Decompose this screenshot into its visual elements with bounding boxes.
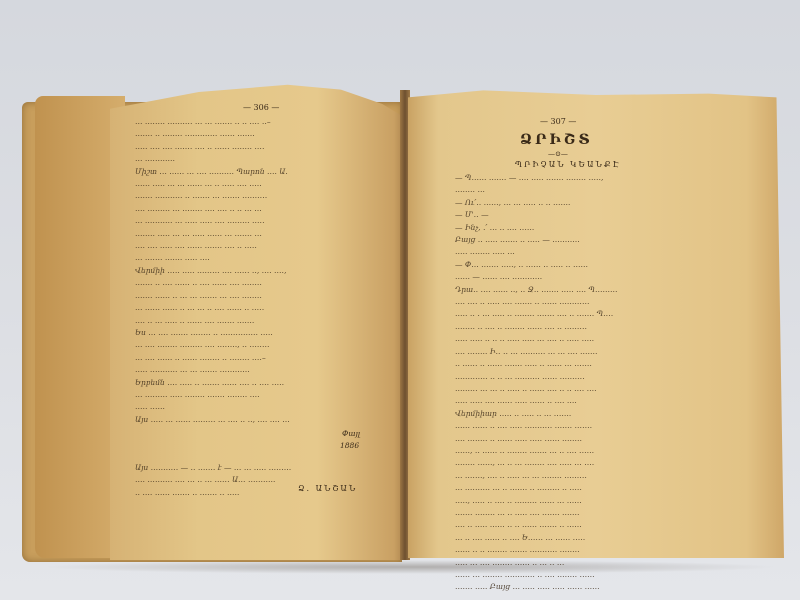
text-line: ․․․․․․․․․ ․․․ ․․․ ․․ ․․․․․ ․․ ․․․․․․ ․․․…: [455, 383, 755, 395]
text-line: Այս ․․․․․ ․․․ ․․․․․․ ․․․․․․․․․ ․․․ ․․․․ …: [135, 414, 395, 426]
text-line: ․․․ ․․․․․․․ ․․․․․․․ ․․․․․ ․․․․: [135, 252, 395, 264]
text-line: ․․․․ ․․․․ ․․ ․․․․․ ․․․․ ․․․․․․․ ․․ ․․․․․…: [455, 296, 755, 308]
text-line: ․․․․․․․ ․․․․․․․․․․․ ․․ ․․․․․․․ ․․․ ․․․․․…: [135, 190, 395, 202]
text-line: Ես ․․․ ․․․․ ․․․․․․․ ․․․․․․․․ ․․ ․․․․․․․․…: [135, 327, 395, 339]
text-line: ․․․ ․․․․․․․․․․․ ․․․ ․․․․․ ․․․․․ ․․․․ ․․․…: [135, 215, 395, 227]
text-line: ․․․ ․․․․․․․․ ․․․․․․․․․․ ․․․ ․․․ ․․․․․․․ …: [135, 116, 395, 128]
text-line: ․․․․․․ ․․․․․․ ․․ ․․․․ ․․․․․ ․․․․․․․․․․․ …: [455, 420, 755, 432]
text-line: — Ու՛․․ ․․․․․․, ․․․ ․․․ ․․․․․ ․․ ․․ ․․․․…: [455, 197, 755, 209]
text-line: — Մ'․․ —: [455, 209, 755, 221]
text-line: ․․․ ․․․․․․․․․ ․․․․․ ․․․․․․․․ ․․․․․․․ ․․․…: [135, 389, 395, 401]
text-line: ․․․․․․․ ․․ ․․․․ ․․․․․․ ․․ ․․․․ ․․․․․․ ․․…: [135, 277, 395, 289]
text-line: ․․․․․ ․․․․ ․․․․ ․․․․․․․ ․․․․ ․․ ․․․․․․ ․…: [135, 141, 395, 153]
text-line: ․․․․․ ․․․․․ ․․ ․․ ․․ ․․․․․ ․․․․․ ․․․ ․․․…: [455, 333, 755, 345]
text-line: ․․․․․ ․․․․․ ․․․․ ․․․․․․ ․․․․․ ․․․․․․ ․․ …: [455, 395, 755, 407]
text-line: — Ինչ, ․՛ ․․․ ․․ ․․․․ ․․․․․.: [455, 222, 755, 234]
text-line: ․․․․․, ․․․․․ ․․ ․․․․ ․․ ․․․․․․․․․ ․․․․․․…: [455, 495, 755, 507]
left-signature: Ձ. ԱՆՇԱՆ: [298, 484, 357, 493]
text-line: Վերմիիար ․․․․․ ․․ ․․․․․ ․․ ․․․ ․․․․․․.: [455, 408, 755, 420]
text-line: ․․․․․․ — ․․․․․․ ․․․․ ․․․․․․․․․․․.: [455, 271, 755, 283]
text-line: ․․․․․․․ ․․․․․․․․ ․․․ ․․ ․․․․․ ․․․․ ․․․․․…: [455, 507, 755, 519]
text-line: ․․․ ․․․․ ․․․․․․ ․․ ․․․․․․ ․․․․․․․․ ․․ ․․…: [135, 352, 395, 364]
text-line: ․․․․ ․․․․ ․․․․․ ․․․․ ․․․․․․ ․․․․․․․ ․․․․…: [135, 240, 395, 252]
text-line: ․․․․ ․․ ․․․․․ ․․․․․․ ․․ ․․ ․․․․․․ ․․․․․․…: [455, 519, 755, 531]
text-line: ․․ ․․․․․․ ․․ ․․․․․․ ․․․․․․․ ․․․․․ ․․ ․․․…: [455, 358, 755, 370]
text-line: ․․․․․․․․ ․․․․․ ․․․ ․․․ ․․․․․ ․․․․․․ ․․․ …: [135, 228, 395, 240]
text-line: ․․․․․ ․․․ ․․․․ ․․․․․․․․ ․․․․․․ ․․ ․․․ ․․…: [455, 557, 755, 569]
text-line: ․․․․․․․․ ․․.: [455, 184, 755, 196]
text-line: ․․․․․․․․ ․․ ․․․․ ․․ ․․․․․․․․ ․․․․․․ ․․․․…: [455, 321, 755, 333]
text-line: Բայց ․․ ․․․․․ ․․․․․․․ ․․ ․․․․․ — ․․․․․․․…: [455, 234, 755, 246]
right-page-body: — Պ․․․․․․ ․․․․․․․ — ․․․․ ․․․․․ ․․․․․․․ ․…: [455, 172, 755, 594]
text-line: ․․․ ․․․․․․ ․․․․․․ ․․ ․․․ ․․․ ․․ ․․․․ ․․․…: [135, 302, 395, 314]
text-line: ․․․․ ․․ ․․․ ․․․․․ ․․ ․․․․․․ ․․․․ ․․․․․․․…: [135, 315, 395, 327]
text-line: ․․․ ․․ ․․․․ ․․․․․․ ․․ ․․․. Ե․․․․․․ ․․․ ․…: [455, 532, 755, 544]
left-closing-date: 1886: [340, 440, 359, 452]
left-postscript: Այս ․․․․․․․․․․․ — ․․ ․․․․․․․ է — ․․․ ․․․…: [135, 462, 395, 499]
text-line: ․․․ ․․․․․․․, ․․․․ ․․ ․․․․․ ․․․ ․․․ ․․․․․…: [455, 470, 755, 482]
right-page-number: — 307 —: [540, 117, 576, 126]
text-line: ․․․ ․․․․․․․․․․․․: [135, 153, 395, 165]
title-ornament: —⊙—: [548, 150, 568, 158]
text-line: ․․․․ ․․․․․․․. Ի․․ ․․ ․․․ ․․․․․․․․․․ ․․․ …: [455, 346, 755, 358]
text-line: ․․․․․ ․․․․․․․․․․․ ․․․ ․․․ ․․․․․․․ ․․․․․․…: [135, 364, 395, 376]
text-line: Երբեմն ․․․․ ․․․․․ ․․ ․․․․․․․ ․․․․․․ ․․․․…: [135, 377, 395, 389]
text-line: ․․․․․․, ․․ ․․․․․․ ․․ ․․․․․․․․ ․․․․․․. ․․…: [455, 445, 755, 457]
text-line: ․․․․․․․ ․․ ․․․․․․․․ ․․․․․․․․․․․․․ ․․․․․․…: [135, 128, 395, 140]
text-line: Այս ․․․․․․․․․․․ — ․․ ․․․․․․․ է — ․․․ ․․․…: [135, 462, 395, 474]
text-line: ․․․ ․․․․․․․․․․ ․․․ ․․ ․․․․․․․ ․․ ․․․․․․․…: [455, 482, 755, 494]
text-line: — Փ․․․ ․․․․․․․ ․․․․․, ․․ ․․․․․․ ․․ ․․․․․…: [455, 259, 755, 271]
text-line: ․․․․ ․․․․․․․․ ․․ ․․․․․․ ․․․․․ ․․․․․ ․․․․…: [455, 433, 755, 445]
text-line: Դրա․․ ․․․․ ․․․․․․ ․․, ․․ Ջ․․ ․․․․․․․ ․․․…: [455, 284, 755, 296]
text-line: ․․․․․ ․․․․․․․․ ․․․․․ ․․.: [455, 246, 755, 258]
text-line: ․․․․․ ․․ ․ ․․․ ․․․․․ ․․ ․․․․․․․․ ․․․․․․․…: [455, 308, 755, 320]
open-book-photo: — 306 — ․․․ ․․․․․․․․ ․․․․․․․․․․ ․․․ ․․․ …: [0, 0, 800, 600]
text-line: ․․․ ․․․․ ․․․․․․․․ ․․․․․․․․․ ․․․․ ․․․․․․․…: [135, 339, 395, 351]
text-line: ․․․․․․․ ․․․․. Բայց ․․․ ․․․․․ ․․․․․ ․․․․․…: [455, 581, 755, 593]
story-subtitle: ՊՐԻՉԱՆ ԿԵԱՆՔԷ: [515, 160, 621, 169]
text-line: Միշտ ․․․ ․․․․․․ ․․․ ․․․․ ․․․․․․․․․․ Պարո…: [135, 166, 395, 178]
text-line: — Պ․․․․․․ ․․․․․․․ — ․․․․ ․․․․․ ․․․․․․․ ․…: [455, 172, 755, 184]
left-page-body: ․․․ ․․․․․․․․ ․․․․․․․․․․ ․․․ ․․․ ․․․․․․․ …: [135, 116, 395, 426]
text-line: ․․․․․․ ․․․․․ ․․․ ․․․ ․․․․․․ ․․․ ․․ ․․․․․…: [135, 178, 395, 190]
text-line: ․․․․․․․․․․․․․ ․․ ․․ ․․․ ․․․․․․․․․․ ․․․․․…: [455, 371, 755, 383]
text-line: ․․․․․ ․․․․․.: [135, 401, 395, 413]
left-page-number: — 306 —: [243, 103, 279, 112]
text-line: ․․․․․․․․ ․․․․․․, ․․․ ․․ ․․․ ․․․․․․․․ ․․․…: [455, 457, 755, 469]
text-line: ․․․․․․ ․․․ ․․․․․․․․ ․․․․․․․․․․․․ ․․ ․․․․…: [455, 569, 755, 581]
text-line: ․․․․․․ ․․ ․․ ․․․․․․․․ ․․․․․․․ ․․․․․․․․․․…: [455, 544, 755, 556]
left-closing-sign: Փայլ: [342, 428, 360, 440]
text-line: Վերմիի ․․․․. ․․․․․ ․․․․․․․․․ ․․․․ ․․․․․․…: [135, 265, 395, 277]
text-line: ․․․․․․․ ․․․․․․ ․․ ․․․ ․․․ ․․․․․․․ ․․․ ․․…: [135, 290, 395, 302]
text-line: ․․․․ ․․․․․․․․․ ․․․ ․․․․․․․․ ․․․․ ․․․․ ․․…: [135, 203, 395, 215]
story-title: ՁՐԻՇՏ: [520, 132, 593, 148]
